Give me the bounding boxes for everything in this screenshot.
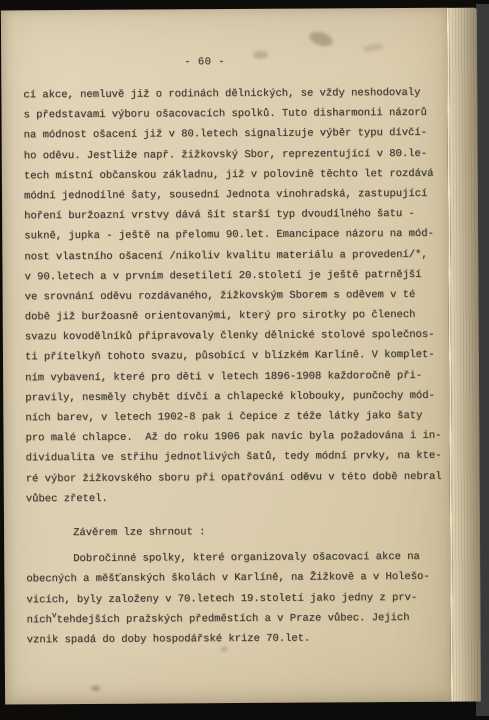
text-line: obecných a měšťanských školách v Karlíně… — [26, 567, 450, 590]
text-line-with-insertion: níchvtehdejších pražských předměstích a … — [27, 607, 451, 630]
text-line: vznik spadá do doby hospodářské krize 70… — [27, 628, 451, 651]
text-segment: tehdejších pražských předměstích a v Pra… — [57, 612, 410, 626]
text-line: ních barev, v letech 1902-8 pak i čepice… — [25, 406, 449, 429]
text-line: vicích, byly založeny v 70.letech 19.sto… — [26, 587, 450, 610]
text-line: nost vlastního ošacení /nikoliv kvalitu … — [24, 244, 448, 267]
summary-paragraph: Dobročinné spolky, které organizovaly oš… — [26, 547, 451, 651]
text-line: svazu kovodělníků připravovaly členky dě… — [25, 325, 449, 348]
text-line: dividualita ve střihu jednotlivých šatů,… — [26, 446, 450, 469]
paper-stain — [363, 42, 384, 53]
text-line: pravily, nesměly chybět dívčí a chlapeck… — [25, 386, 449, 409]
text-line: s představami výboru ošacovacích spolků.… — [23, 103, 447, 126]
text-line: pro malé chlapce. Až do roku 1906 pak na… — [25, 426, 449, 449]
text-line: cí akce, nemluvě již o rodinách dělnický… — [23, 83, 447, 106]
text-line: ré výbor žižkovského sboru při opatřován… — [26, 466, 450, 489]
text-line: vůbec zřetel. — [26, 486, 450, 509]
text-line: ve srovnání oděvu rozdávaného, žižkovský… — [25, 285, 449, 308]
text-line: ti přítelkyň tohoto svazu, působící v bl… — [25, 345, 449, 368]
text-line: tech místní občanskou základnu, již v po… — [24, 163, 448, 186]
text-line: sukně, jupka - ještě na přelomu 90.let. … — [24, 224, 448, 247]
text-line: ho oděvu. Jestliže např. žižkovský Sbor,… — [24, 143, 448, 166]
paper-stain — [253, 51, 268, 59]
text-line: ním vybavení, které pro děti v letech 18… — [25, 365, 449, 388]
text-line: na módnost ošacení již v 80.letech signa… — [24, 123, 448, 146]
book-fore-edge — [447, 8, 481, 702]
scanned-book-photo: - 60 - cí akce, nemluvě již o rodinách d… — [0, 0, 489, 720]
paper-stain — [308, 29, 335, 49]
text-segment: ních — [27, 614, 52, 626]
paper-stain — [91, 686, 100, 691]
book-page: - 60 - cí akce, nemluvě již o rodinách d… — [1, 8, 479, 705]
text-line: módní jednodílné šaty, sousední Jednota … — [24, 184, 448, 207]
summary-heading: Závěrem lze shrnout : — [26, 521, 450, 544]
text-line: době již buržoasně orientovanými, který … — [25, 305, 449, 328]
text-line: v 90.letech a v prvním desetiletí 20.sto… — [24, 264, 448, 287]
text-line: Dobročinné spolky, které organizovaly oš… — [26, 547, 450, 570]
page-number: - 60 - — [184, 56, 225, 68]
page-surface: - 60 - cí akce, nemluvě již o rodinách d… — [1, 8, 451, 705]
typescript-text: cí akce, nemluvě již o rodinách dělnický… — [23, 83, 450, 651]
text-line: hoření buržoazní vrstvy dává šít starší … — [24, 204, 448, 227]
inserted-letter: v — [52, 611, 57, 620]
